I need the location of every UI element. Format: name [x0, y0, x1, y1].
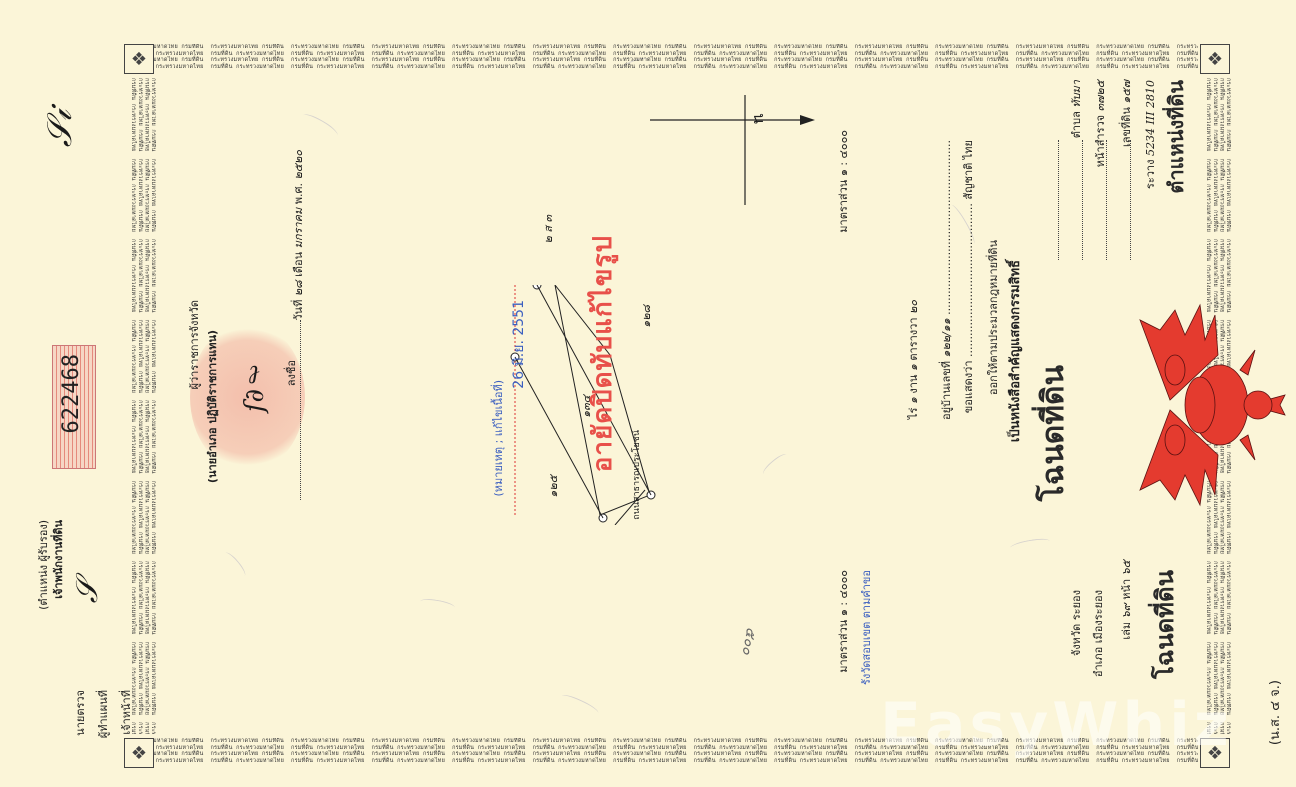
location-field-land-no: เลขที่ดิน ๑๕๗ — [1118, 80, 1136, 147]
document-serial-number: 622468 — [52, 345, 96, 469]
map-scale-bottom: มาตราส่วน ๑ : ๔๐๐๐ — [835, 570, 853, 673]
owner-address: อยู่บ้านเลขที่ ๑๒๒/๑๑ ..................… — [938, 140, 956, 420]
border-pattern-left: กระทรวงมหาดไทย กรมที่ดิน กระทรวงมหาดไทย … — [128, 78, 156, 734]
road-label: ถนนสาธารณประโยชน์ — [630, 430, 644, 520]
north-arrow-icon: น — [650, 95, 820, 205]
map-scale-top: มาตราส่วน ๑ : ๔๐๐๐ — [835, 130, 853, 233]
certifier-label: (ตำแหน่ง ผู้รับรอง) — [35, 520, 53, 610]
left-row-label: ผู้ทำแผนที่ — [95, 690, 113, 738]
deed-subtitle: เป็นหนังสือสำคัญแสดงกรรมสิทธิ์ — [1005, 260, 1026, 442]
owner-intro: ขอแสดงว่า ..............................… — [960, 140, 978, 413]
issue-date: วันที่ ๒๘ เดือน มกราคม พ.ศ. ๒๕๒๐ — [290, 150, 308, 321]
handwritten-note: ๕๐๐ — [736, 625, 762, 656]
location-field-map-sheet: ระวาง 5234 III 2810 — [1142, 80, 1160, 189]
document-page: กระทรวงมหาดไทย กรมที่ดิน กระทรวงมหาดไทย … — [0, 0, 1296, 787]
watermark: EasyWhiz — [880, 690, 1233, 760]
blue-note-stamp: (หมายเหตุ ; แก้ไขเนื้อที่) — [490, 380, 508, 497]
left-row-label: เจ้าหน้าที่ — [118, 690, 136, 735]
border-pattern-top: กระทรวงมหาดไทย กรมที่ดิน กระทรวงมหาดไทย … — [130, 44, 1198, 76]
corner-ornament-icon: ❖ — [124, 738, 154, 768]
blue-date-stamp: 26 มิ.ย. 2551 — [508, 300, 530, 389]
location-field-survey-page: หน้าสำรวจ ๓๗๒๕ — [1092, 80, 1110, 167]
officer-title: ผู้ว่าราชการจังหวัด — [186, 300, 204, 389]
garuda-emblem-icon — [1130, 300, 1290, 510]
map-marker-label: ๑๒๘ — [638, 305, 656, 328]
location-field-subdistrict: ตำบล ทับมา — [1068, 80, 1086, 138]
map-marker-label: ๑๒๕ — [545, 475, 563, 498]
deed-province: จังหวัด ระยอง — [1068, 590, 1086, 656]
deed-district: อำเภอ เมืองระยอง — [1090, 590, 1108, 677]
corner-ornament-icon: ❖ — [1200, 44, 1230, 74]
red-correction-stamp: อายัดปิดทับแก้ไขรูป — [582, 235, 623, 472]
land-area: ไร่ ๑ งาน ๑ ตารางวา ๒๐ — [905, 300, 923, 419]
handwritten-signature: 𝒮𝒾 — [40, 110, 80, 147]
location-section-header: ตำแหน่งที่ดิน — [1160, 80, 1192, 194]
form-code: (น.ส. ๔ จ.) — [1265, 680, 1286, 745]
deed-subtitle-law: ออกให้ตามประมวลกฎหมายที่ดิน — [985, 240, 1003, 395]
corner-deed-title: โฉนดที่ดิน — [1145, 570, 1184, 679]
left-row-label: นายตรวจ — [72, 690, 90, 736]
signed-label: ลงชื่อ — [283, 360, 301, 386]
officer-signature: ſ∂ℓ — [240, 360, 270, 412]
officer-subtitle: (นายอำเภอ ปฏิบัติราชการแทน) — [204, 330, 222, 483]
deed-title: โฉนดที่ดิน — [1030, 365, 1077, 501]
deed-book-page: เล่ม ๖๙ หน้า ๖๕ — [1118, 560, 1136, 640]
handwritten-signature: 𝒮 — [70, 580, 105, 603]
corner-ornament-icon: ❖ — [124, 44, 154, 74]
map-annotation: ๒ ส ๓ — [540, 215, 558, 243]
svg-text:น: น — [750, 113, 769, 124]
blue-annotation: รังวัดสอบเขต ตามคำขอ — [858, 570, 876, 685]
